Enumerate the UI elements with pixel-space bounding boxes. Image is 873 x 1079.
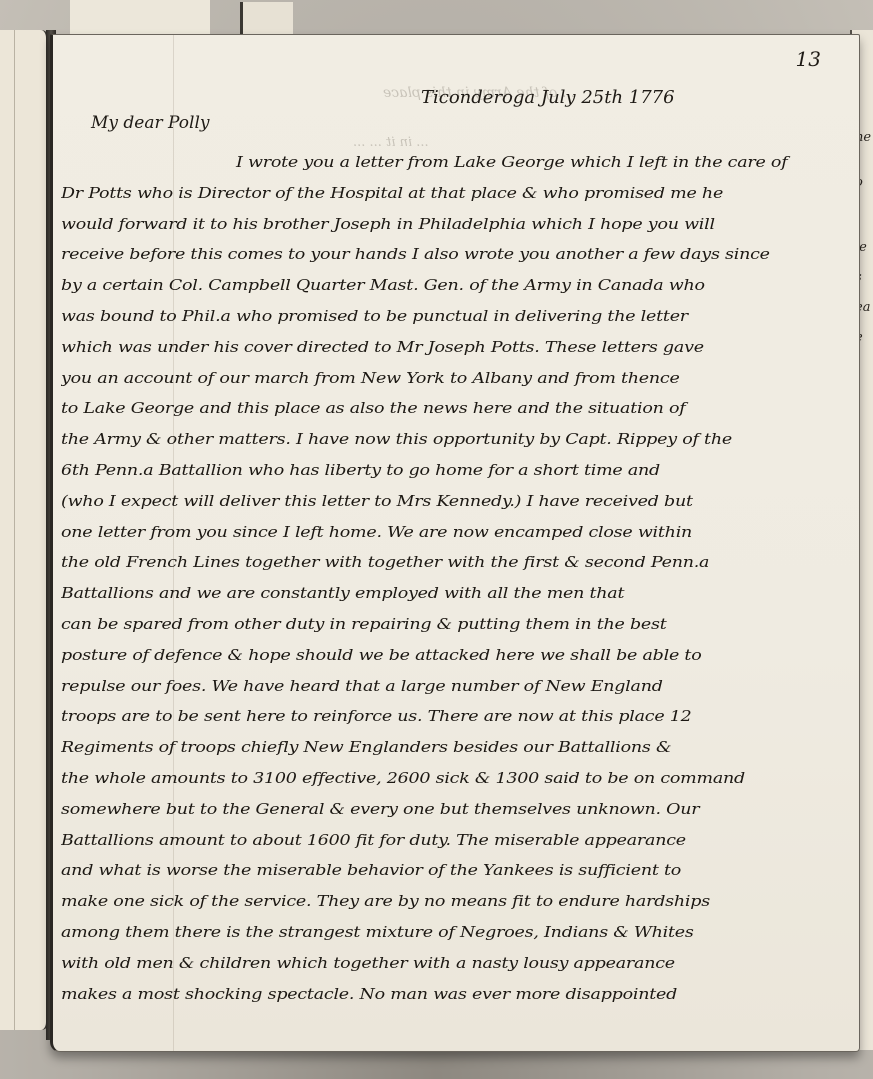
letter-line: posture of defence & hope should we be a… xyxy=(61,640,855,671)
letter-line: receive before this comes to your hands … xyxy=(61,239,855,270)
page-number: 13 xyxy=(796,47,821,71)
letter-line: to Lake George and this place as also th… xyxy=(61,393,855,424)
letter-line: you an account of our march from New Yor… xyxy=(61,363,855,394)
letter-line: one letter from you since I left home. W… xyxy=(61,517,855,548)
letter-line: make one sick of the service. They are b… xyxy=(61,886,855,917)
letter-line: the old French Lines together with toget… xyxy=(61,547,855,578)
letter-line: Dr Potts who is Director of the Hospital… xyxy=(61,178,855,209)
letter-line: would forward it to his brother Joseph i… xyxy=(61,209,855,240)
letter-line: can be spared from other duty in repairi… xyxy=(61,609,855,640)
letter-body: I wrote you a letter from Lake George wh… xyxy=(61,147,855,1009)
letter-line: Battallions and we are constantly employ… xyxy=(61,578,855,609)
previous-page-edge xyxy=(70,0,210,36)
letter-line: by a certain Col. Campbell Quarter Mast.… xyxy=(61,270,855,301)
letter-line: makes a most shocking spectacle. No man … xyxy=(61,979,855,1010)
page-tab xyxy=(240,2,293,36)
letter-line: Battallions amount to about 1600 fit for… xyxy=(61,825,855,856)
letter-line: the Army & other matters. I have now thi… xyxy=(61,424,855,455)
letter-dateline: Ticonderoga July 25th 1776 xyxy=(421,87,675,108)
left-page-edge xyxy=(0,30,49,1030)
letter-line: (who I expect will deliver this letter t… xyxy=(61,486,855,517)
letter-line: and what is worse the miserable behavior… xyxy=(61,855,855,886)
letter-line: Regiments of troops chiefly New Englande… xyxy=(61,732,855,763)
letter-line: repulse our foes. We have heard that a l… xyxy=(61,671,855,702)
letter-line: with old men & children which together w… xyxy=(61,948,855,979)
letter-line: I wrote you a letter from Lake George wh… xyxy=(61,147,855,178)
letter-line: was bound to Phil.a who promised to be p… xyxy=(61,301,855,332)
letter-line: the whole amounts to 3100 effective, 260… xyxy=(61,763,855,794)
letter-line: among them there is the strangest mixtur… xyxy=(61,917,855,948)
letter-line: which was under his cover directed to Mr… xyxy=(61,332,855,363)
letter-line: 6th Penn.a Battallion who has liberty to… xyxy=(61,455,855,486)
letter-line: somewhere but to the General & every one… xyxy=(61,794,855,825)
manuscript-page: ... of the Army in this place ... in it … xyxy=(50,34,860,1052)
letter-salutation: My dear Polly xyxy=(91,113,210,133)
letter-line: troops are to be sent here to reinforce … xyxy=(61,701,855,732)
